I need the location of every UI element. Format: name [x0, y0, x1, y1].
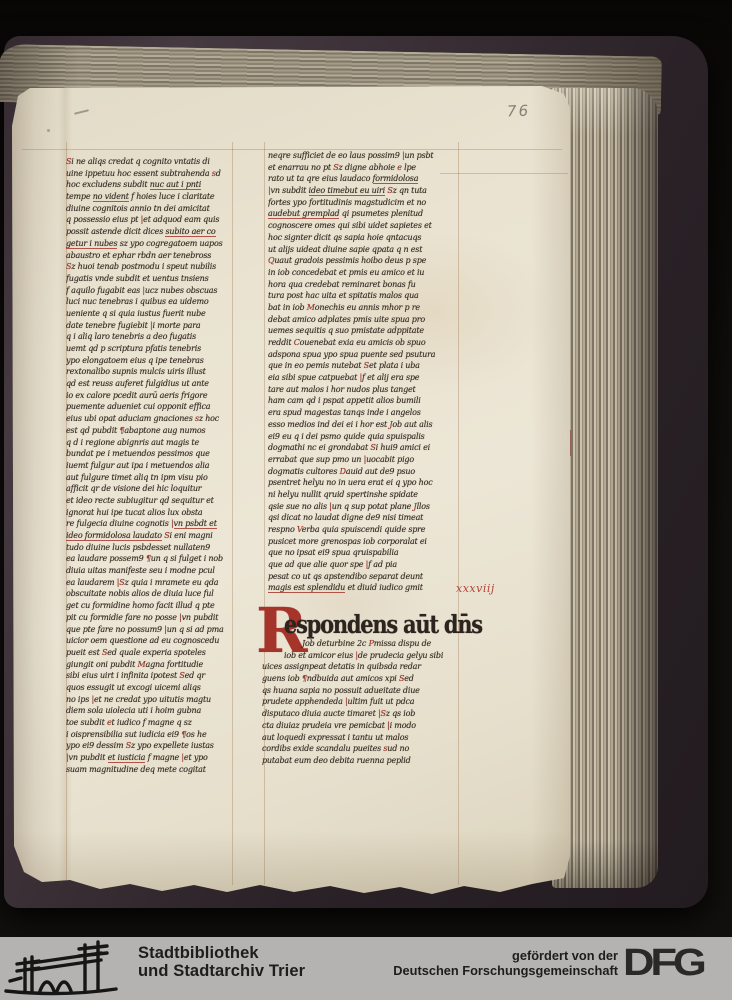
- manuscript-line: qs huana sapia no possuit adueitate diue: [262, 685, 462, 697]
- manuscript-line: ueniente q si quia iustus fuerit nube: [66, 308, 241, 320]
- manuscript-line: dogmatis cultores Dauid aut de9 psuo: [268, 466, 464, 478]
- manuscript-line: luci nuc tenebras i quibus ea uidemo: [66, 296, 241, 308]
- manuscript-line: neqre sufficiet de eo laus possim9 |un p…: [268, 150, 464, 162]
- manuscript-line: ideo formidolosa laudato Si eni magni: [66, 530, 241, 542]
- manuscript-line: afficit qr de visione dei hic loquitur: [66, 483, 241, 495]
- manuscript-line: ut alijs uideat diuine sapie qpata q n e…: [268, 244, 464, 256]
- manuscript-line: pesat co ut qs apstendibo separat deunt: [268, 571, 464, 583]
- manuscript-line: ignorat hui ipe tucat alios lux obsta: [66, 507, 241, 519]
- manuscript-line: Job deturbine 2c Pmissa dispu de: [262, 638, 462, 650]
- funding-credit-line2: Deutschen Forschungsgemeinschaft: [378, 963, 618, 978]
- manuscript-line: que no ipsat ei9 spua qruispabilia: [268, 547, 464, 559]
- manuscript-line: ham cam qd i pspat appetit alios bumili: [268, 395, 464, 407]
- manuscript-line: aut fulgure timet aliq tn ipm visu pio: [66, 472, 241, 484]
- manuscript-line: quos essugit ut excogi uicemi aliqs: [66, 682, 241, 694]
- porta-nigra-logo-icon: [2, 939, 134, 999]
- manuscript-line: uicior oem questione ad eu cognoscedu: [66, 635, 241, 647]
- manuscript-line: guens iob ¶ndbuida aut amicos xpi Sed: [262, 673, 462, 685]
- manuscript-line: uemt qd p scriptura pfatis tenebris: [66, 343, 241, 355]
- manuscript-line: ea laudare possem9 ¶un q si fulget i nob: [66, 553, 241, 565]
- manuscript-line: abaustro et ephar rbdn aer tenebross: [66, 250, 241, 262]
- manuscript-line: cognoscere omes qui sibi uidet sapietes …: [268, 220, 464, 232]
- manuscript-line: respno Verba quia spuiscendi quide spre: [268, 524, 464, 536]
- pencil-dot: [47, 129, 50, 132]
- manuscript-line: qsi dicat no laudat digne de9 nisi timea…: [268, 512, 464, 524]
- manuscript-line: date tenebre fugiebit |i morte para: [66, 320, 241, 332]
- manuscript-line: reddit Couenebat exia eu amicis ob spuo: [268, 337, 464, 349]
- manuscript-line: diuine cognitois annio tn dei amicitat: [66, 203, 241, 215]
- manuscript-line: Quaut gradois pessimis hoibo deus p spe: [268, 255, 464, 267]
- manuscript-page: 76 Si ne aliqs credat q cognito vntatis …: [12, 86, 570, 895]
- manuscript-line: errabat que sup pmo un |uocabit pigo: [268, 454, 464, 466]
- manuscript-line: iob et amicor eius |de prudecia gelyu si…: [262, 650, 462, 662]
- manuscript-line: cordibs exide scandalu pueites sud no: [262, 743, 462, 755]
- manuscript-line: puemente adueniet cui opponit effica: [66, 401, 241, 413]
- manuscript-line: dogmathi nc ei grondabat Si hui9 amici e…: [268, 442, 464, 454]
- manuscript-line: get cu formidine homo facit illud q pte: [66, 600, 241, 612]
- manuscript-line: aut loquedi expressat i tantu ut malos: [262, 732, 462, 744]
- funding-credit: gefördert von der Deutschen Forschungsge…: [378, 948, 618, 978]
- manuscript-line: obscuitate nobis alios de diuia luce ful: [66, 588, 241, 600]
- manuscript-line: qd est reuss auferet fulgidius ut ante: [66, 378, 241, 390]
- manuscript-line: uemes sequitis q suo pmistate adppitate: [268, 325, 464, 337]
- manuscript-line: suam magnitudine deq mete cogitat: [66, 764, 241, 776]
- manuscript-line: adspona spua ypo spua puente sed psutura: [268, 349, 464, 361]
- chapter-number-marginal: xxxviij: [456, 582, 495, 595]
- manuscript-line: getur i nubes sz ypo cogregatoem uapos: [66, 238, 241, 250]
- manuscript-line: q possessio eius pt |et adquod eam quis: [66, 214, 241, 226]
- manuscript-line: ni helyu nullit qruid spertinshe spidate: [268, 489, 464, 501]
- manuscript-line: ea laudarem |Sz quia i mramete eu qda: [66, 577, 241, 589]
- manuscript-line: est qd pubdit ¶abaptone aug numos: [66, 425, 241, 437]
- manuscript-line: debat amico adplates pmis uite spua pro: [268, 314, 464, 326]
- manuscript-line: hoc excludens subdit nuc aut i pnti: [66, 179, 241, 191]
- text-column-1: Si ne aliqs credat q cognito vntatis diu…: [66, 156, 241, 775]
- funding-credit-line1: gefördert von der: [378, 948, 618, 963]
- manuscript-line: possit astende dicit dices subito aer co: [66, 226, 241, 238]
- manuscript-line: prudete apphendeda |ultim fuit ut pdca: [262, 696, 462, 708]
- manuscript-line: ypo elongatoem eius q ipe tenebras: [66, 355, 241, 367]
- manuscript-line: pit cu formidie fare no posse |vn pubdit: [66, 612, 241, 624]
- codex-photo: 76 Si ne aliqs credat q cognito vntatis …: [0, 0, 732, 937]
- manuscript-line: Sz huoi tenab postmodu i speut nubilis: [66, 261, 241, 273]
- library-name-line1: Stadtbibliothek: [138, 945, 305, 963]
- manuscript-line: ei9 eu q i dei psmo quide quia spuispali…: [268, 431, 464, 443]
- manuscript-line: fortes ypo fortitudinis magstudicim et n…: [268, 197, 464, 209]
- manuscript-line: esso medios ind dei ei i hor est Job aut…: [268, 419, 464, 431]
- manuscript-line: que ad que alie quor spe |f ad pia: [268, 559, 464, 571]
- manuscript-line: q d i regione abignris aut magis te: [66, 437, 241, 449]
- manuscript-line: rextonalibo supnis mulcis uiris illust: [66, 366, 241, 378]
- manuscript-line: magis est splendidu et diuid iudico gmit: [268, 582, 464, 594]
- manuscript-line: giungit oni pubdit Magna fortitudie: [66, 659, 241, 671]
- manuscript-line: tempe no vident f hoies luce i claritate: [66, 191, 241, 203]
- manuscript-line: Si ne aliqs credat q cognito vntatis di: [66, 156, 241, 168]
- manuscript-line: io ex calore pcedit aurū aeris frigore: [66, 390, 241, 402]
- manuscript-line: |vn pubdit et iusticia f magne |et ypo: [66, 752, 241, 764]
- manuscript-line: cta diuiaz prudeia vre pemicbat |i modo: [262, 720, 462, 732]
- manuscript-line: diem sola uiolecia uti i hoim gubna: [66, 705, 241, 717]
- manuscript-line: psentret helyu no in uera erat ei q ypo …: [268, 477, 464, 489]
- manuscript-line: no ips |et ne credat ypo uitutis magtu: [66, 694, 241, 706]
- manuscript-line: toe subdit et iudico f magne q sz: [66, 717, 241, 729]
- manuscript-line: re fulgecia diuine cognotis |vn psbdt et: [66, 518, 241, 530]
- folio-number: 76: [507, 102, 531, 121]
- library-name: Stadtbibliothek und Stadtarchiv Trier: [138, 945, 305, 980]
- manuscript-line: que pte fare no possum9 |un q si ad pma: [66, 624, 241, 636]
- text-column-2-upper: neqre sufficiet de eo laus possim9 |un p…: [268, 150, 464, 594]
- manuscript-line: et ideo recte subiugitur qd sequitur et: [66, 495, 241, 507]
- manuscript-line: uices assignpeat detatis in quibsda reda…: [262, 661, 462, 673]
- manuscript-line: f aquilo fugabit eas |ucz nubes obscuas: [66, 285, 241, 297]
- manuscript-line: bundat pe i metuendos pessimos que: [66, 448, 241, 460]
- manuscript-line: in iob concedebat et pmis eu amico et iu: [268, 267, 464, 279]
- pencil-mark: [74, 109, 89, 115]
- manuscript-line: eius ubi opat aduciam gnaciones sz hoc: [66, 413, 241, 425]
- manuscript-line: |vn subdit ideo timebut eu uiri Sz qn tu…: [268, 185, 464, 197]
- library-name-line2: und Stadtarchiv Trier: [138, 963, 305, 981]
- footer-banner: Stadtbibliothek und Stadtarchiv Trier ge…: [0, 937, 732, 1000]
- manuscript-line: sibi eius uirt i infinita ipotest Sed qr: [66, 670, 241, 682]
- manuscript-line: pusicet more grenospas iob corporalat ei: [268, 536, 464, 548]
- ruling-line-col2-left: [264, 142, 265, 885]
- manuscript-line: ypo ei9 dessim Sz ypo expellete iustas: [66, 740, 241, 752]
- manuscript-line: i oisprensibilia sut iudicia ei9 ¶os he: [66, 729, 241, 741]
- manuscript-line: tare aut malos i hor nudos plus tanget: [268, 384, 464, 396]
- manuscript-line: que in eo pemis nutebat Set plata i uba: [268, 360, 464, 372]
- manuscript-line: rato ut ta qre eius laudaco formidolosa: [268, 173, 464, 185]
- manuscript-line: uine ippetuu hoc essent subtrahenda sd: [66, 168, 241, 180]
- dfg-logo: DFG: [623, 941, 703, 984]
- manuscript-line: hora qua credebat reminaret bonas fu: [268, 279, 464, 291]
- manuscript-line: qsie sue no alis |un q sup potat plane J…: [268, 501, 464, 513]
- manuscript-line: tudo diuine lucis psbdesset nullaten9: [66, 542, 241, 554]
- manuscript-line: audebut gremplad qi psumetes plenitud: [268, 208, 464, 220]
- manuscript-line: eia sibi spue catpuebat |f et alij era s…: [268, 372, 464, 384]
- manuscript-line: bat in iob Monechis eu annis mhor p re: [268, 302, 464, 314]
- manuscript-line: iuemt fulgur aut ipa i metuendos alia: [66, 460, 241, 472]
- manuscript-line: fugatis vnde subdit et uentus tnsiens: [66, 273, 241, 285]
- manuscript-line: hoc signter dicit qs sapia hoie qntacuqs: [268, 232, 464, 244]
- manuscript-line: tura post hac uita et spitatis malos qua: [268, 290, 464, 302]
- manuscript-line: et enarrau no pt Sz digne abhoie e lpe: [268, 162, 464, 174]
- manuscript-line: q i aliq laro tenebris a deo fugatis: [66, 331, 241, 343]
- digitized-manuscript-scan: 76 Si ne aliqs credat q cognito vntatis …: [0, 0, 732, 1000]
- manuscript-line: putabat eum deo debita ruenna peplid: [262, 755, 462, 767]
- manuscript-line: era spud magestas tanqs inde i angelos: [268, 407, 464, 419]
- manuscript-line: diuia uitas manifeste seu i modne pcul: [66, 565, 241, 577]
- manuscript-line: pueit est Sed quale experia spoteles: [66, 647, 241, 659]
- text-column-2-lower: Job deturbine 2c Pmissa dispu deiob et a…: [262, 638, 462, 767]
- rubric-heading: espondens aūt dn̄s: [284, 610, 482, 639]
- manuscript-line: disputaco diuia aucte timaret |Sz qs iob: [262, 708, 462, 720]
